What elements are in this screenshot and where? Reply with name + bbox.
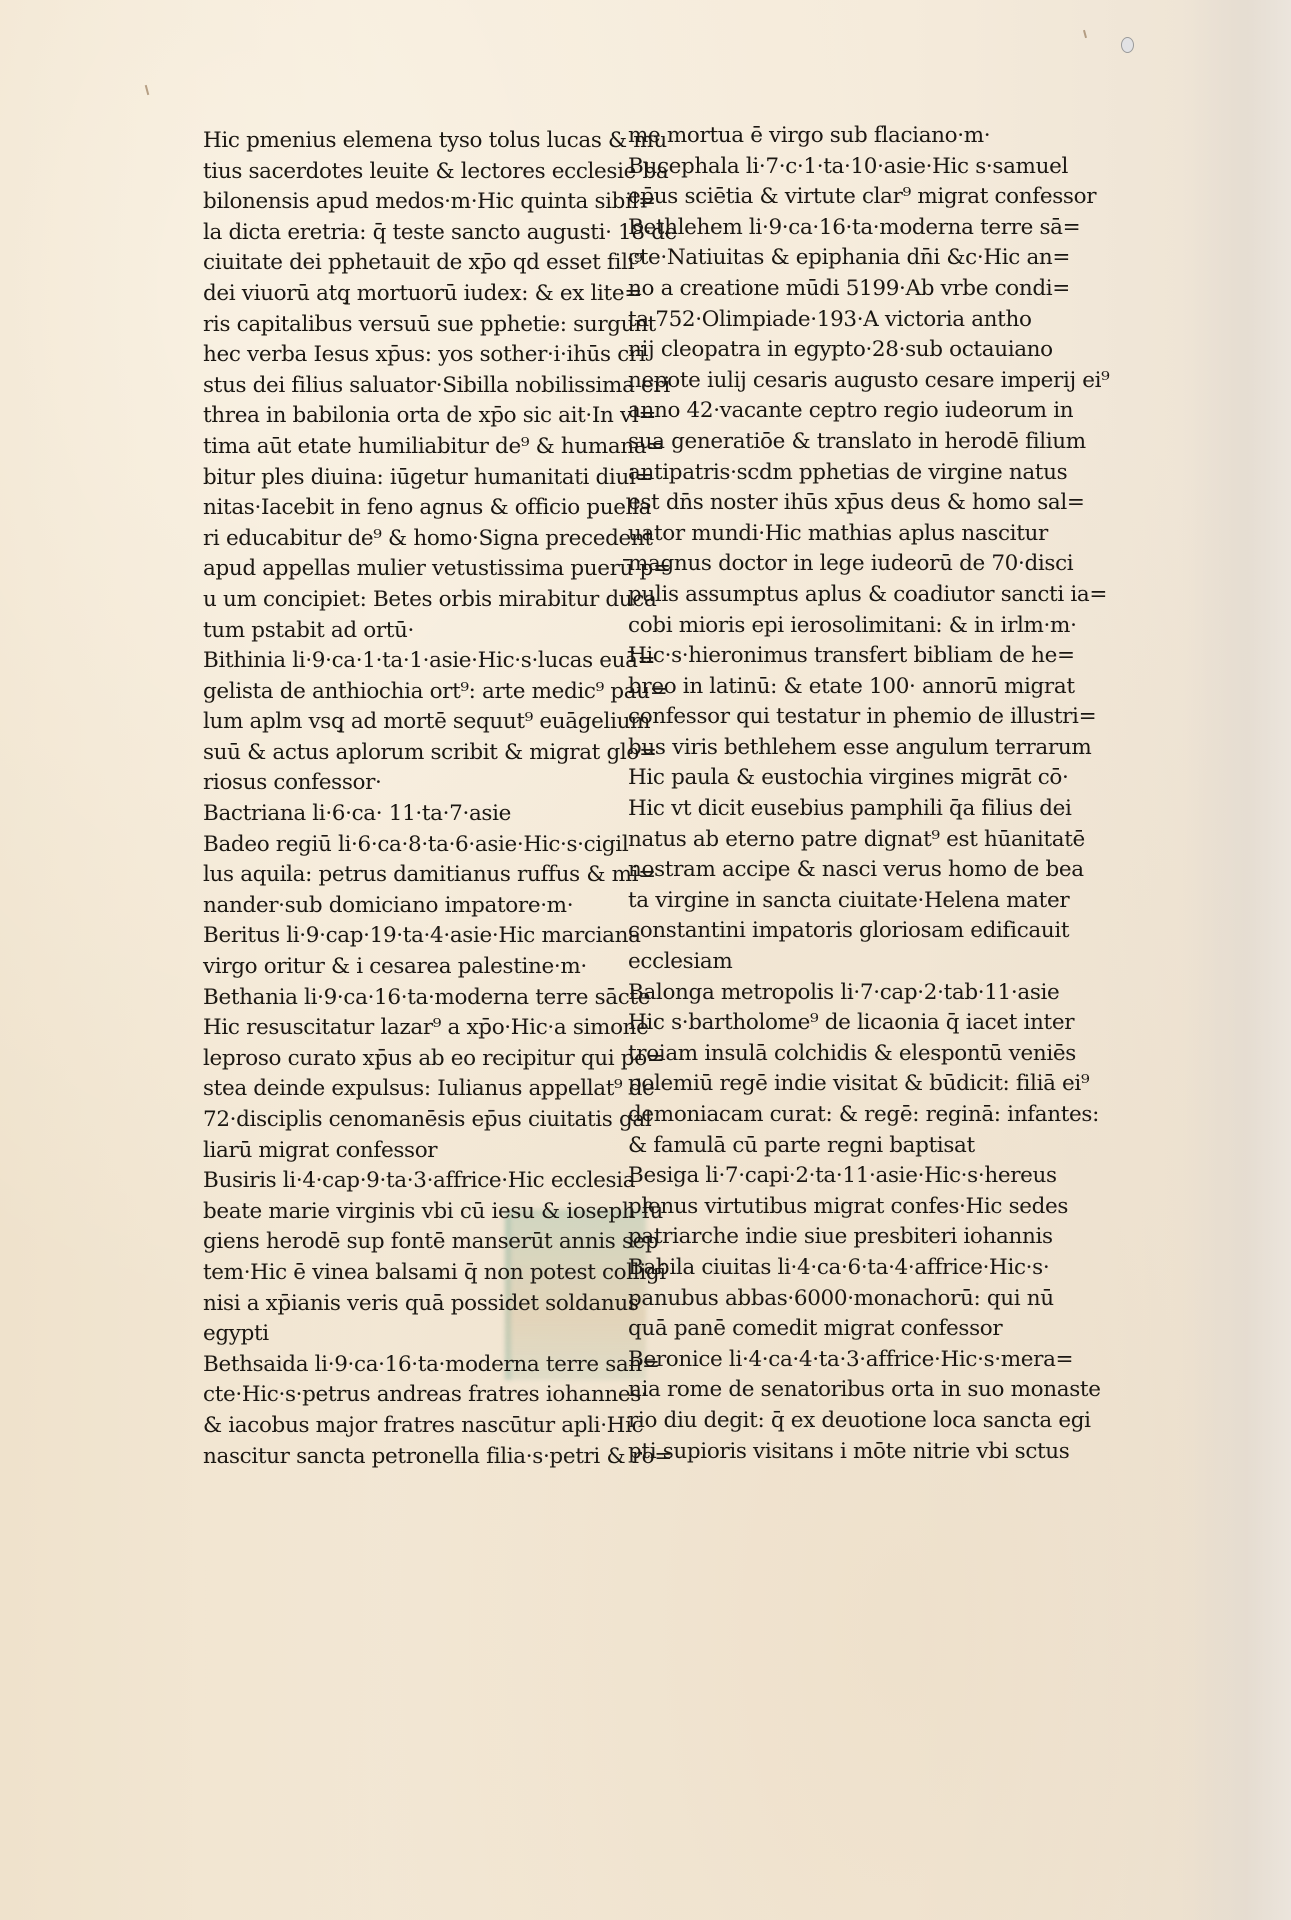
text-line: Beronice li·4·ca·4·ta·3·affrice·Hic·s·me… — [628, 1345, 1028, 1376]
text-line: ep̄us sciētia & virtute clar⁹ migrat con… — [628, 182, 1028, 213]
text-line: pti supioris visitans i mōte nitrie vbi … — [628, 1437, 1028, 1468]
text-line: threa in babilonia orta de xp̄o sic ait·… — [203, 401, 575, 432]
page-edge-shadow — [1181, 0, 1291, 1920]
text-line: stus dei filius saluator·Sibilla nobilis… — [203, 371, 575, 402]
text-line: Bucephala li·7·c·1·ta·10·asie·Hic s·samu… — [628, 152, 1028, 183]
text-line: me mortua ē virgo sub flaciano·m· — [628, 121, 1028, 152]
text-line: nia rome de senatoribus orta in suo mona… — [628, 1375, 1028, 1406]
text-line: pulis assumptus aplus & coadiutor sancti… — [628, 580, 1028, 611]
text-line: riosus confessor· — [203, 768, 575, 799]
text-line: Hic paula & eustochia virgines migrāt cō… — [628, 763, 1028, 794]
left-text-column: Hic pmenius elemena tyso tolus lucas & m… — [203, 126, 575, 1472]
text-line: magnus doctor in lege iudeorū de 70·disc… — [628, 549, 1028, 580]
text-line: tius sacerdotes leuite & lectores eccles… — [203, 157, 575, 188]
text-line: Bithinia li·9·ca·1·ta·1·asie·Hic·s·lucas… — [203, 646, 575, 677]
text-line: liarū migrat confessor — [203, 1136, 575, 1167]
text-line: ciuitate dei pphetauit de xp̄o qd esset … — [203, 248, 575, 279]
text-line: breo in latinū: & etate 100· annorū migr… — [628, 672, 1028, 703]
text-line: apud appellas mulier vetustissima puerū … — [203, 554, 575, 585]
text-line: & iacobus major fratres nascūtur apli·Hi… — [203, 1411, 575, 1442]
text-line: Bethania li·9·ca·16·ta·moderna terre sāc… — [203, 983, 575, 1014]
text-line: nander·sub domiciano impatore·m· — [203, 891, 575, 922]
text-line: natus ab eterno patre dignat⁹ est hūanit… — [628, 825, 1028, 856]
text-line: egypti — [203, 1319, 575, 1350]
text-line: bitur ples diuina: iūgetur humanitati di… — [203, 463, 575, 494]
text-line: 72·disciplis cenomanēsis ep̄us ciuitatis… — [203, 1105, 575, 1136]
text-line: confessor qui testatur in phemio de illu… — [628, 702, 1028, 733]
text-line: tima aūt etate humiliabitur de⁹ & humana… — [203, 432, 575, 463]
text-line: suū & actus aplorum scribit & migrat glo… — [203, 738, 575, 769]
text-line: Hic vt dicit eusebius pamphili q̄a filiu… — [628, 794, 1028, 825]
text-line: polemiū regē indie visitat & būdicit: fi… — [628, 1069, 1028, 1100]
text-line: cte·Natiuitas & epiphania dn̄i &c·Hic an… — [628, 243, 1028, 274]
right-text-column: me mortua ē virgo sub flaciano·m·Bucepha… — [628, 121, 1028, 1467]
text-line: Bethsaida li·9·ca·16·ta·moderna terre sa… — [203, 1350, 575, 1381]
text-line: Babila ciuitas li·4·ca·6·ta·4·affrice·Hi… — [628, 1253, 1028, 1284]
text-line: tum pstabit ad ortū· — [203, 616, 575, 647]
text-line: hec verba Iesus xp̄us: yos sother·i·ihūs… — [203, 340, 575, 371]
text-line: nitas·Iacebit in feno agnus & officio pu… — [203, 493, 575, 524]
text-line: sua generatiōe & translato in herodē fil… — [628, 427, 1028, 458]
text-line: nascitur sancta petronella filia·s·petri… — [203, 1442, 575, 1473]
text-line: virgo oritur & i cesarea palestine·m· — [203, 952, 575, 983]
text-line: ri educabitur de⁹ & homo·Signa precedent — [203, 524, 575, 555]
text-line: lus aquila: petrus damitianus ruffus & m… — [203, 860, 575, 891]
text-line: Bethlehem li·9·ca·16·ta·moderna terre sā… — [628, 213, 1028, 244]
text-line: troiam insulā colchidis & elespontū veni… — [628, 1039, 1028, 1070]
text-line: rio diu degit: q̄ ex deuotione loca sanc… — [628, 1406, 1028, 1437]
text-line: Hic resuscitatur lazar⁹ a xp̄o·Hic·a sim… — [203, 1013, 575, 1044]
text-line: lum aplm vsq̧ ad mortē sequut⁹ euāgelium — [203, 707, 575, 738]
text-line: cte·Hic·s·petrus andreas fratres iohanne… — [203, 1380, 575, 1411]
text-line: patriarche indie siue presbiteri iohanni… — [628, 1222, 1028, 1253]
text-line: plenus virtutibus migrat confes·Hic sede… — [628, 1192, 1028, 1223]
text-line: tem·Hic ē vinea balsami q̄ non potest co… — [203, 1258, 575, 1289]
text-line: Hic pmenius elemena tyso tolus lucas & m… — [203, 126, 575, 157]
paper-fleck — [145, 85, 150, 95]
paper-fleck — [1083, 30, 1087, 38]
text-line: ris capitalibus versuū sue pphetie: surg… — [203, 310, 575, 341]
text-line: Beritus li·9·cap·19·ta·4·asie·Hic marcia… — [203, 921, 575, 952]
text-line: antipatris·scdm pphetias de virgine natu… — [628, 458, 1028, 489]
text-line: leproso curato xp̄us ab eo recipitur qui… — [203, 1044, 575, 1075]
text-line: Besiga li·7·capi·2·ta·11·asie·Hic·s·here… — [628, 1161, 1028, 1192]
text-line: ta 752·Olimpiade·193·A victoria antho — [628, 305, 1028, 336]
wormhole-mark — [1121, 37, 1134, 53]
text-line: uator mundi·Hic mathias aplus nascitur — [628, 519, 1028, 550]
text-line: & famulā cū parte regni baptisat — [628, 1131, 1028, 1162]
text-line: gelista de anthiochia ort⁹: arte medic⁹ … — [203, 677, 575, 708]
text-line: est dn̄s noster ihūs xp̄us deus & homo s… — [628, 488, 1028, 519]
text-line: Busiris li·4·cap·9·ta·3·affrice·Hic eccl… — [203, 1166, 575, 1197]
text-line: dei viuorū atq̧ mortuorū iudex: & ex lit… — [203, 279, 575, 310]
text-line: nij cleopatra in egypto·28·sub octauiano — [628, 335, 1028, 366]
text-line: nostram accipe & nasci verus homo de bea — [628, 855, 1028, 886]
text-line: Hic·s·hieronimus transfert bibliam de he… — [628, 641, 1028, 672]
text-line: Hic s·bartholome⁹ de licaonia q̄ iacet i… — [628, 1008, 1028, 1039]
text-line: giens herodē sup fontē manserūt annis se… — [203, 1227, 575, 1258]
text-line: Badeo regiū li·6·ca·8·ta·6·asie·Hic·s·ci… — [203, 830, 575, 861]
text-line: panubus abbas·6000·monachorū: qui nū — [628, 1284, 1028, 1315]
text-line: demoniacam curat: & regē: reginā: infant… — [628, 1100, 1028, 1131]
text-line: Bactriana li·6·ca· 11·ta·7·asie — [203, 799, 575, 830]
book-page: Hic pmenius elemena tyso tolus lucas & m… — [0, 0, 1291, 1920]
text-line: constantini impatoris gloriosam edificau… — [628, 916, 1028, 947]
text-line: anno 42·vacante ceptro regio iudeorum in — [628, 396, 1028, 427]
text-line: u um concipiet: Betes orbis mirabitur du… — [203, 585, 575, 616]
text-line: Balonga metropolis li·7·cap·2·tab·11·asi… — [628, 978, 1028, 1009]
text-line: bilonensis apud medos·m·Hic quinta sibil… — [203, 187, 575, 218]
text-line: bus viris bethlehem esse angulum terraru… — [628, 733, 1028, 764]
text-line: ta virgine in sancta ciuitate·Helena mat… — [628, 886, 1028, 917]
text-line: cobi mioris epi ierosolimitani: & in irl… — [628, 611, 1028, 642]
text-line: quā panē comedit migrat confessor — [628, 1314, 1028, 1345]
text-line: nisi a xp̄ianis veris quā possidet solda… — [203, 1289, 575, 1320]
text-line: ecclesiam — [628, 947, 1028, 978]
text-line: no a creatione mūdi 5199·Ab vrbe condi= — [628, 274, 1028, 305]
text-line: la dicta eretria: q̄ teste sancto august… — [203, 218, 575, 249]
text-line: stea deinde expulsus: Iulianus appellat⁹… — [203, 1074, 575, 1105]
text-line: beate marie virginis vbi cū iesu & iosep… — [203, 1197, 575, 1228]
text-line: nepote iulij cesaris augusto cesare impe… — [628, 366, 1028, 397]
